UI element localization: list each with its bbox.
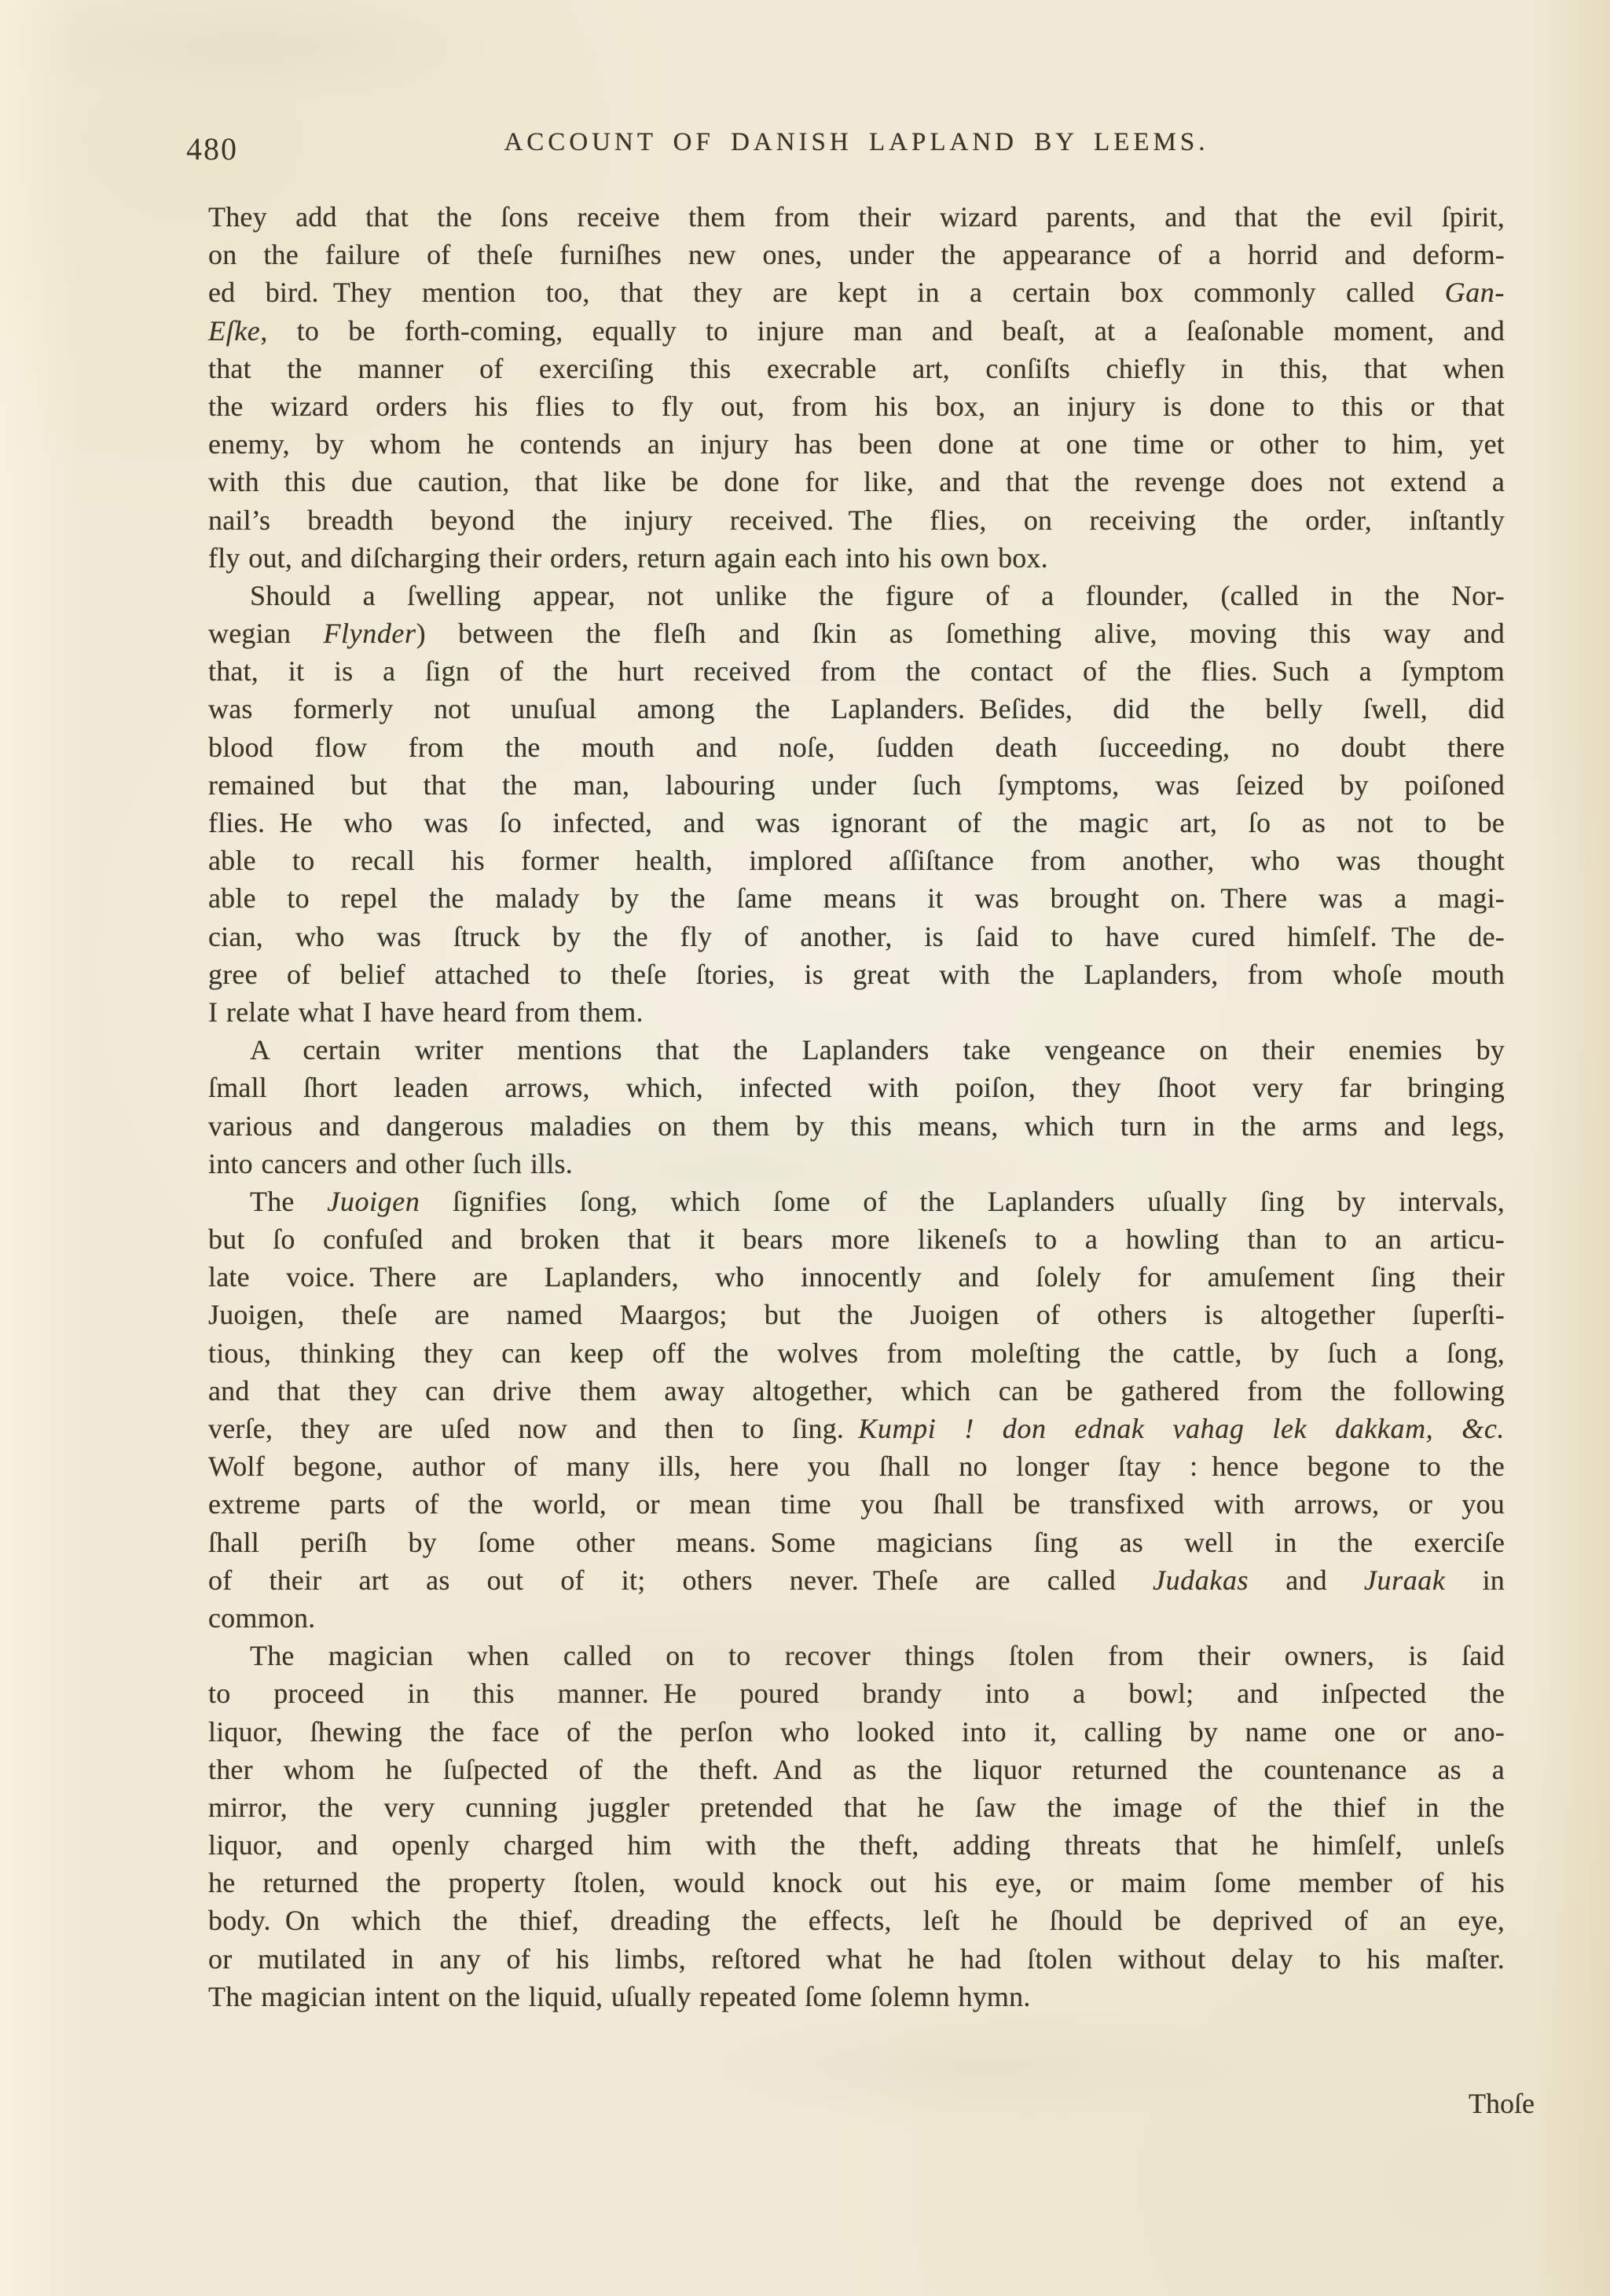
text-line: the wizard orders his flies to fly out, … — [208, 387, 1505, 425]
text-line: was formerly not unuſual among the Lapla… — [208, 690, 1505, 728]
text-line: liquor, and openly charged him with the … — [208, 1826, 1505, 1864]
text-line: ther whom he ſuſpected of the theft. And… — [208, 1751, 1505, 1788]
text-line: remained but that the man, labouring und… — [208, 766, 1505, 804]
text-line: to proceed in this manner. He poured bra… — [208, 1674, 1505, 1712]
text-line: Should a ſwelling appear, not unlike the… — [208, 577, 1505, 614]
text-line: extreme parts of the world, or mean time… — [208, 1485, 1505, 1523]
text-line: blood flow from the mouth and noſe, ſudd… — [208, 728, 1505, 766]
text-line: flies. He who was ſo infected, and was i… — [208, 804, 1505, 842]
text-line: The magician when called on to recover t… — [208, 1637, 1505, 1674]
text-line: common. — [208, 1599, 1505, 1637]
text-line: nail’s breadth beyond the injury receive… — [208, 501, 1505, 539]
text-line: They add that the ſons receive them from… — [208, 198, 1505, 236]
text-line: The Juoigen ſignifies ſong, which ſome o… — [208, 1183, 1505, 1220]
text-line: gree of belief attached to theſe ſtories… — [208, 955, 1505, 993]
text-line: or mutilated in any of his limbs, reſtor… — [208, 1940, 1505, 1978]
text-line: ſmall ſhort leaden arrows, which, infect… — [208, 1069, 1505, 1106]
text-line: that, it is a ſign of the hurt received … — [208, 652, 1505, 690]
catchword: Thoſe — [208, 2087, 1535, 2120]
text-line: fly out, and diſcharging their orders, r… — [208, 539, 1505, 577]
text-line: Wolf begone, author of many ills, here y… — [208, 1447, 1505, 1485]
text-line: A certain writer mentions that the Lapla… — [208, 1031, 1505, 1069]
text-line: enemy, by whom he contends an injury has… — [208, 425, 1505, 463]
text-line: able to repel the malady by the ſame mea… — [208, 879, 1505, 917]
text-line: verſe, they are uſed now and then to ſin… — [208, 1410, 1505, 1447]
text-line: he returned the property ſtolen, would k… — [208, 1864, 1505, 1902]
body-text: They add that the ſons receive them from… — [208, 198, 1505, 2015]
text-line: late voice. There are Laplanders, who in… — [208, 1258, 1505, 1296]
text-line: that the manner of exerciſing this execr… — [208, 350, 1505, 387]
text-line: The magician intent on the liquid, uſual… — [208, 1978, 1505, 2015]
text-line: and that they can drive them away altoge… — [208, 1372, 1505, 1410]
running-title: ACCOUNT OF DANISH LAPLAND BY LEEMS. — [208, 128, 1505, 157]
text-line: but ſo confuſed and broken that it bears… — [208, 1220, 1505, 1258]
text-line: wegian Flynder) between the fleſh and ſk… — [208, 614, 1505, 652]
text-line: tious, thinking they can keep off the wo… — [208, 1334, 1505, 1372]
text-line: ſhall periſh by ſome other means. Some m… — [208, 1524, 1505, 1561]
page-number: 480 — [186, 130, 238, 167]
text-line: liquor, ſhewing the face of the perſon w… — [208, 1713, 1505, 1751]
text-line: able to recall his former health, implor… — [208, 842, 1505, 879]
text-line: Eſke, to be forth-coming, equally to inj… — [208, 312, 1505, 350]
text-line: on the failure of theſe furniſhes new on… — [208, 236, 1505, 273]
text-line: various and dangerous maladies on them b… — [208, 1107, 1505, 1145]
text-line: cian, who was ſtruck by the fly of anoth… — [208, 918, 1505, 955]
text-line: ed bird. They mention too, that they are… — [208, 273, 1505, 311]
text-line: into cancers and other ſuch ills. — [208, 1145, 1505, 1183]
text-line: Juoigen, theſe are named Maargos; but th… — [208, 1296, 1505, 1333]
text-line: mirror, the very cunning juggler pretend… — [208, 1788, 1505, 1826]
text-line: I relate what I have heard from them. — [208, 993, 1505, 1031]
text-line: of their art as out of it; others never.… — [208, 1561, 1505, 1599]
text-line: body. On which the thief, dreading the e… — [208, 1902, 1505, 1939]
book-page-scan: 480 ACCOUNT OF DANISH LAPLAND BY LEEMS. … — [0, 0, 1610, 2296]
page-header: 480 ACCOUNT OF DANISH LAPLAND BY LEEMS. — [208, 128, 1505, 167]
text-line: with this due caution, that like be done… — [208, 463, 1505, 501]
